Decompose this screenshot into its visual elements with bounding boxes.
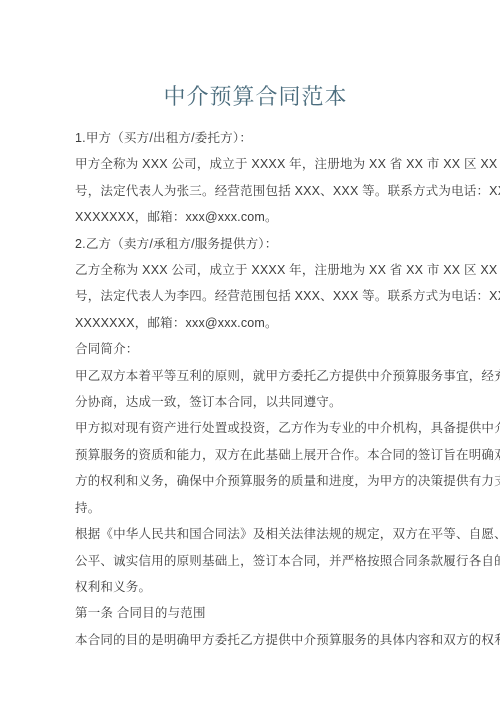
party-a-description-line: XXXXXXX，邮箱：xxx@xxx.com。	[75, 204, 436, 230]
party-a-description-line: 号，法定代表人为张三。经营范围包括 XXX、XXX 等。联系方式为电话：XXX-	[75, 178, 436, 204]
party-b-heading: 2.乙方（卖方/承租方/服务提供方）：	[75, 231, 436, 257]
intro-paragraph-line: 分协商，达成一致，签订本合同，以共同遵守。	[75, 389, 436, 415]
cooperation-paragraph-line: 甲方拟对现有资产进行处置或投资，乙方作为专业的中介机构，具备提供中介	[75, 415, 436, 441]
party-a-description-line: 甲方全称为 XXX 公司，成立于 XXXX 年，注册地为 XX 省 XX 市 X…	[75, 151, 436, 177]
intro-paragraph-line: 甲乙双方本着平等互利的原则，就甲方委托乙方提供中介预算服务事宜，经充	[75, 363, 436, 389]
cooperation-paragraph-line: 方的权利和义务，确保中介预算服务的质量和进度，为甲方的决策提供有力支	[75, 468, 436, 494]
party-b-description-line: 乙方全称为 XXX 公司，成立于 XXXX 年，注册地为 XX 省 XX 市 X…	[75, 257, 436, 283]
page-title: 中介预算合同范本	[75, 84, 436, 110]
article-1-content-line: 本合同的目的是明确甲方委托乙方提供中介预算服务的具体内容和双方的权利	[75, 627, 436, 653]
legal-basis-paragraph-line: 公平、诚实信用的原则基础上，签订本合同，并严格按照合同条款履行各自的	[75, 548, 436, 574]
contract-intro-heading: 合同简介：	[75, 336, 436, 362]
article-1-heading: 第一条 合同目的与范围	[75, 600, 436, 626]
legal-basis-paragraph-line: 根据《中华人民共和国合同法》及相关法律法规的规定，双方在平等、自愿、	[75, 521, 436, 547]
cooperation-paragraph-line: 持。	[75, 495, 436, 521]
party-b-description-line: XXXXXXX，邮箱：xxx@xxx.com。	[75, 310, 436, 336]
contract-document-page: 中介预算合同范本 1.甲方（买方/出租方/委托方）： 甲方全称为 XXX 公司，…	[0, 0, 500, 707]
legal-basis-paragraph-line: 权利和义务。	[75, 574, 436, 600]
party-b-description-line: 号，法定代表人为李四。经营范围包括 XXX、XXX 等。联系方式为电话：XXX-	[75, 283, 436, 309]
party-a-heading: 1.甲方（买方/出租方/委托方）：	[75, 125, 436, 151]
cooperation-paragraph-line: 预算服务的资质和能力，双方在此基础上展开合作。本合同的签订旨在明确双	[75, 442, 436, 468]
document-body: 1.甲方（买方/出租方/委托方）： 甲方全称为 XXX 公司，成立于 XXXX …	[75, 125, 436, 653]
